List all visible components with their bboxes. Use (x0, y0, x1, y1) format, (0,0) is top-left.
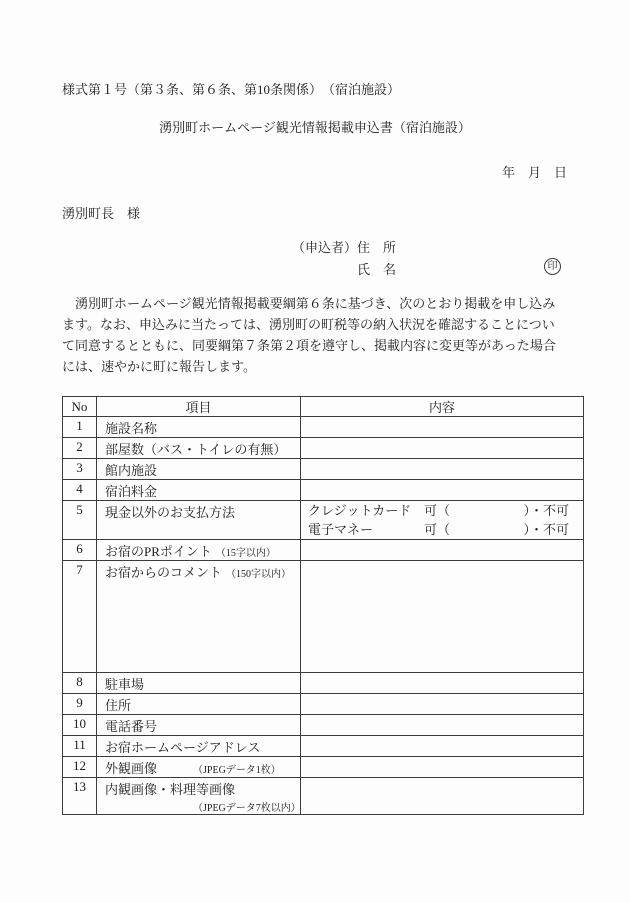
item-label-cell: 外観画像（JPEGデータ1枚） (97, 757, 301, 778)
content-cell (301, 757, 584, 778)
item-label: 電話番号 (97, 715, 301, 736)
row-number: 3 (63, 459, 97, 480)
seal-icon: 印 (544, 258, 561, 275)
table-row: 5 現金以外のお支払方法 クレジットカード 可（ ）・不可 電子マネー 可（ ）… (63, 501, 584, 540)
item-label-cell: 内観画像・料理等画像（JPEGデータ7枚以内） (97, 778, 301, 815)
item-label: 内観画像・料理等画像 (105, 782, 235, 797)
row-number: 7 (63, 561, 97, 673)
content-cell (301, 480, 584, 501)
paragraph-line: には、速やかに町に報告します。 (62, 356, 574, 377)
table-row: 13 内観画像・料理等画像（JPEGデータ7枚以内） (63, 778, 584, 815)
date-line: 年 月 日 (502, 162, 567, 181)
applicant-name-row: （申込者）氏 名 (292, 259, 396, 281)
payment-accept-open: 可（ (424, 520, 450, 539)
table-row: 4 宿泊料金 (63, 480, 584, 501)
payment-accept-open: 可（ (424, 501, 450, 520)
table-row: 11 お宿ホームページアドレス (63, 736, 584, 757)
row-number: 9 (63, 694, 97, 715)
payment-line-e-money: 電子マネー 可（ ）・不可 (301, 520, 583, 539)
item-label-cell: お宿からのコメント（150字以内） (97, 561, 301, 673)
table-row: 12 外観画像（JPEGデータ1枚） (63, 757, 584, 778)
item-label: お宿ホームページアドレス (97, 736, 301, 757)
item-note: （150字以内） (226, 569, 291, 580)
item-label: お宿からのコメント (105, 565, 222, 580)
payment-close-reject: ）・不可 (523, 501, 569, 520)
item-label: 現金以外のお支払方法 (97, 501, 301, 540)
row-number: 12 (63, 757, 97, 778)
applicant-name-label: 氏 名 (357, 262, 396, 277)
content-cell (301, 540, 584, 561)
payment-line-credit-card: クレジットカード 可（ ）・不可 (301, 501, 583, 520)
item-label: 住所 (97, 694, 301, 715)
content-cell (301, 438, 584, 459)
header-item: 項目 (97, 397, 301, 417)
content-cell (301, 694, 584, 715)
item-label: お宿のPRポイント (105, 544, 212, 559)
paragraph-line: ます。なお、申込みに当たっては、湧別町の町税等の納入状況を確認することについ (62, 314, 574, 335)
row-number: 10 (63, 715, 97, 736)
form-number-line: 様式第１号（第３条、第６条、第10条関係） （宿泊施設） (62, 79, 400, 98)
item-note: （JPEGデータ7枚以内） (193, 799, 296, 814)
table-row: 3 館内施設 (63, 459, 584, 480)
item-label: 駐車場 (97, 673, 301, 694)
content-cell (301, 715, 584, 736)
body-paragraph: 湧別町ホームページ観光情報掲載要綱第６条に基づき、次のとおり掲載を申し込み ます… (62, 293, 574, 377)
table-header-row: No 項目 内容 (63, 397, 584, 417)
applicant-address-label: 住 所 (357, 240, 396, 255)
item-label: 館内施設 (97, 459, 301, 480)
table-row: 9 住所 (63, 694, 584, 715)
table-row: 7 お宿からのコメント（150字以内） (63, 561, 584, 673)
page-title: 湧別町ホームページ観光情報掲載申込書（宿泊施設） (0, 117, 630, 136)
table-row: 6 お宿のPRポイント（15字以内） (63, 540, 584, 561)
row-number: 5 (63, 501, 97, 540)
item-note: （JPEGデータ1枚） (193, 765, 281, 776)
payment-method-label: クレジットカード (308, 501, 424, 520)
content-cell (301, 561, 584, 673)
item-label: 施設名称 (97, 417, 301, 438)
item-label-cell: お宿のPRポイント（15字以内） (97, 540, 301, 561)
payment-methods-cell: クレジットカード 可（ ）・不可 電子マネー 可（ ）・不可 (301, 501, 584, 540)
item-label: 外観画像 (105, 761, 157, 776)
header-no: No (63, 397, 97, 417)
applicant-block: （申込者）住 所 （申込者）氏 名 (292, 237, 396, 281)
row-number: 4 (63, 480, 97, 501)
item-label: 宿泊料金 (97, 480, 301, 501)
content-cell (301, 736, 584, 757)
document-page: 様式第１号（第３条、第６条、第10条関係） （宿泊施設） 湧別町ホームページ観光… (0, 0, 630, 903)
application-table: No 項目 内容 1 施設名称 2 部屋数（バス・トイレの有無） 3 館内施設 (62, 396, 584, 815)
applicant-address-row: （申込者）住 所 (292, 237, 396, 259)
content-cell (301, 673, 584, 694)
item-note: （15字以内） (216, 548, 276, 559)
addressee-line: 湧別町長 様 (62, 203, 140, 222)
table-row: 8 駐車場 (63, 673, 584, 694)
paragraph-line: て同意するとともに、同要綱第７条第２項を遵守し、掲載内容に変更等があった場合 (62, 335, 574, 356)
table-row: 10 電話番号 (63, 715, 584, 736)
row-number: 8 (63, 673, 97, 694)
row-number: 6 (63, 540, 97, 561)
content-cell (301, 778, 584, 815)
table-row: 2 部屋数（バス・トイレの有無） (63, 438, 584, 459)
row-number: 13 (63, 778, 97, 815)
content-cell (301, 459, 584, 480)
item-label: 部屋数（バス・トイレの有無） (97, 438, 301, 459)
applicant-label: （申込者） (292, 240, 357, 255)
row-number: 11 (63, 736, 97, 757)
header-content: 内容 (301, 397, 584, 417)
table-row: 1 施設名称 (63, 417, 584, 438)
row-number: 1 (63, 417, 97, 438)
row-number: 2 (63, 438, 97, 459)
payment-method-label: 電子マネー (308, 520, 424, 539)
content-cell (301, 417, 584, 438)
payment-close-reject: ）・不可 (523, 520, 569, 539)
paragraph-line: 湧別町ホームページ観光情報掲載要綱第６条に基づき、次のとおり掲載を申し込み (62, 293, 574, 314)
